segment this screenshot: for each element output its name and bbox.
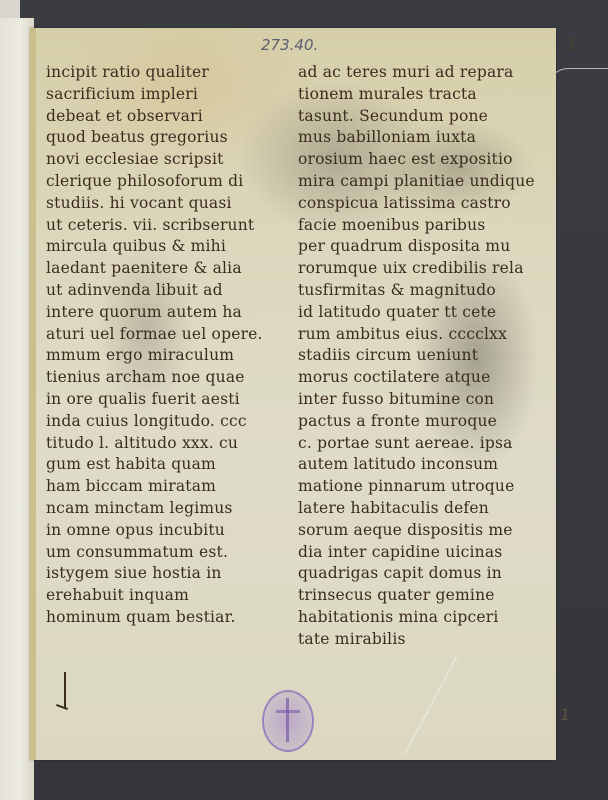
- folio-number: 1: [566, 34, 576, 53]
- text-line: stadiis circum ueniunt: [298, 345, 548, 367]
- text-line: mmum ergo miraculum: [46, 345, 296, 367]
- text-line: istygem siue hostia in: [46, 563, 296, 585]
- text-line: clerique philosoforum di: [46, 171, 296, 193]
- bottom-right-mark: 1: [560, 705, 570, 724]
- text-line: hominum quam bestiar.: [46, 607, 296, 629]
- text-line: mira campi planitiae undique: [298, 171, 548, 193]
- text-line: um consummatum est.: [46, 542, 296, 564]
- guard-leaf-corner: [0, 0, 20, 20]
- text-line: laedant paenitere & alia: [46, 258, 296, 280]
- text-line: rorumque uix credibilis rela: [298, 258, 548, 280]
- text-line: matione pinnarum utroque: [298, 476, 548, 498]
- text-line: aturi uel formae uel opere.: [46, 324, 296, 346]
- text-line: per quadrum disposita mu: [298, 236, 548, 258]
- text-line: studiis. hi vocant quasi: [46, 193, 296, 215]
- text-line: ncam minctam legimus: [46, 498, 296, 520]
- text-line: incipit ratio qualiter: [46, 62, 296, 84]
- text-line: in ore qualis fuerit aesti: [46, 389, 296, 411]
- text-line: autem latitudo inconsum: [298, 454, 548, 476]
- text-line: inter fusso bitumine con: [298, 389, 548, 411]
- text-column-left: incipit ratio qualiter sacrificium imple…: [46, 62, 296, 629]
- text-line: intere quorum autem ha: [46, 302, 296, 324]
- text-line: inda cuius longitudo. ccc: [46, 411, 296, 433]
- margin-stroke-mark: [64, 672, 66, 708]
- text-line: ut ceteris. vii. scribserunt: [46, 215, 296, 237]
- text-line: latere habitaculis defen: [298, 498, 548, 520]
- text-line: habitationis mina cipceri: [298, 607, 548, 629]
- text-line: sacrificium impleri: [46, 84, 296, 106]
- text-line: pactus a fronte muroque: [298, 411, 548, 433]
- text-line: tasunt. Secundum pone: [298, 106, 548, 128]
- text-line: orosium haec est expositio: [298, 149, 548, 171]
- manuscript-folio: ​ 273.40. 1 incipit ratio qualiter sacri…: [30, 28, 556, 760]
- text-line: tate mirabilis: [298, 629, 548, 651]
- text-line: tionem murales tracta: [298, 84, 548, 106]
- text-line: mircula quibus & mihi: [46, 236, 296, 258]
- text-line: erehabuit inquam: [46, 585, 296, 607]
- text-line: mus babilloniam iuxta: [298, 127, 548, 149]
- text-line: debeat et observari: [46, 106, 296, 128]
- text-line: tienius archam noe quae: [46, 367, 296, 389]
- text-line: rum ambitus eius. cccclxx: [298, 324, 548, 346]
- text-line: gum est habita quam: [46, 454, 296, 476]
- text-line: quod beatus gregorius: [46, 127, 296, 149]
- text-line: ham biccam miratam: [46, 476, 296, 498]
- shelfmark-annotation: 273.40.: [261, 36, 318, 54]
- stamp-figure: [286, 698, 289, 742]
- library-stamp-icon: [262, 690, 314, 752]
- text-line: trinsecus quater gemine: [298, 585, 548, 607]
- text-line: sorum aeque dispositis me: [298, 520, 548, 542]
- text-line: facie moenibus paribus: [298, 215, 548, 237]
- text-line: id latitudo quater tt cete: [298, 302, 548, 324]
- text-line: tusfirmitas & magnitudo: [298, 280, 548, 302]
- tie-thread: [548, 68, 608, 109]
- text-line: in omne opus incubitu: [46, 520, 296, 542]
- text-line: c. portae sunt aereae. ipsa: [298, 433, 548, 455]
- stamp-arms: [276, 710, 300, 713]
- text-column-right: ad ac teres muri ad repara tionem murale…: [298, 62, 548, 651]
- text-line: ad ac teres muri ad repara: [298, 62, 548, 84]
- text-line: conspicua latissima castro: [298, 193, 548, 215]
- text-line: titudo l. altitudo xxx. cu: [46, 433, 296, 455]
- text-line: dia inter capidine uicinas: [298, 542, 548, 564]
- text-line: quadrigas capit domus in: [298, 563, 548, 585]
- text-line: novi ecclesiae scripsit: [46, 149, 296, 171]
- text-line: morus coctilatere atque: [298, 367, 548, 389]
- text-line: ut adinvenda libuit ad: [46, 280, 296, 302]
- guard-leaf: [0, 18, 34, 800]
